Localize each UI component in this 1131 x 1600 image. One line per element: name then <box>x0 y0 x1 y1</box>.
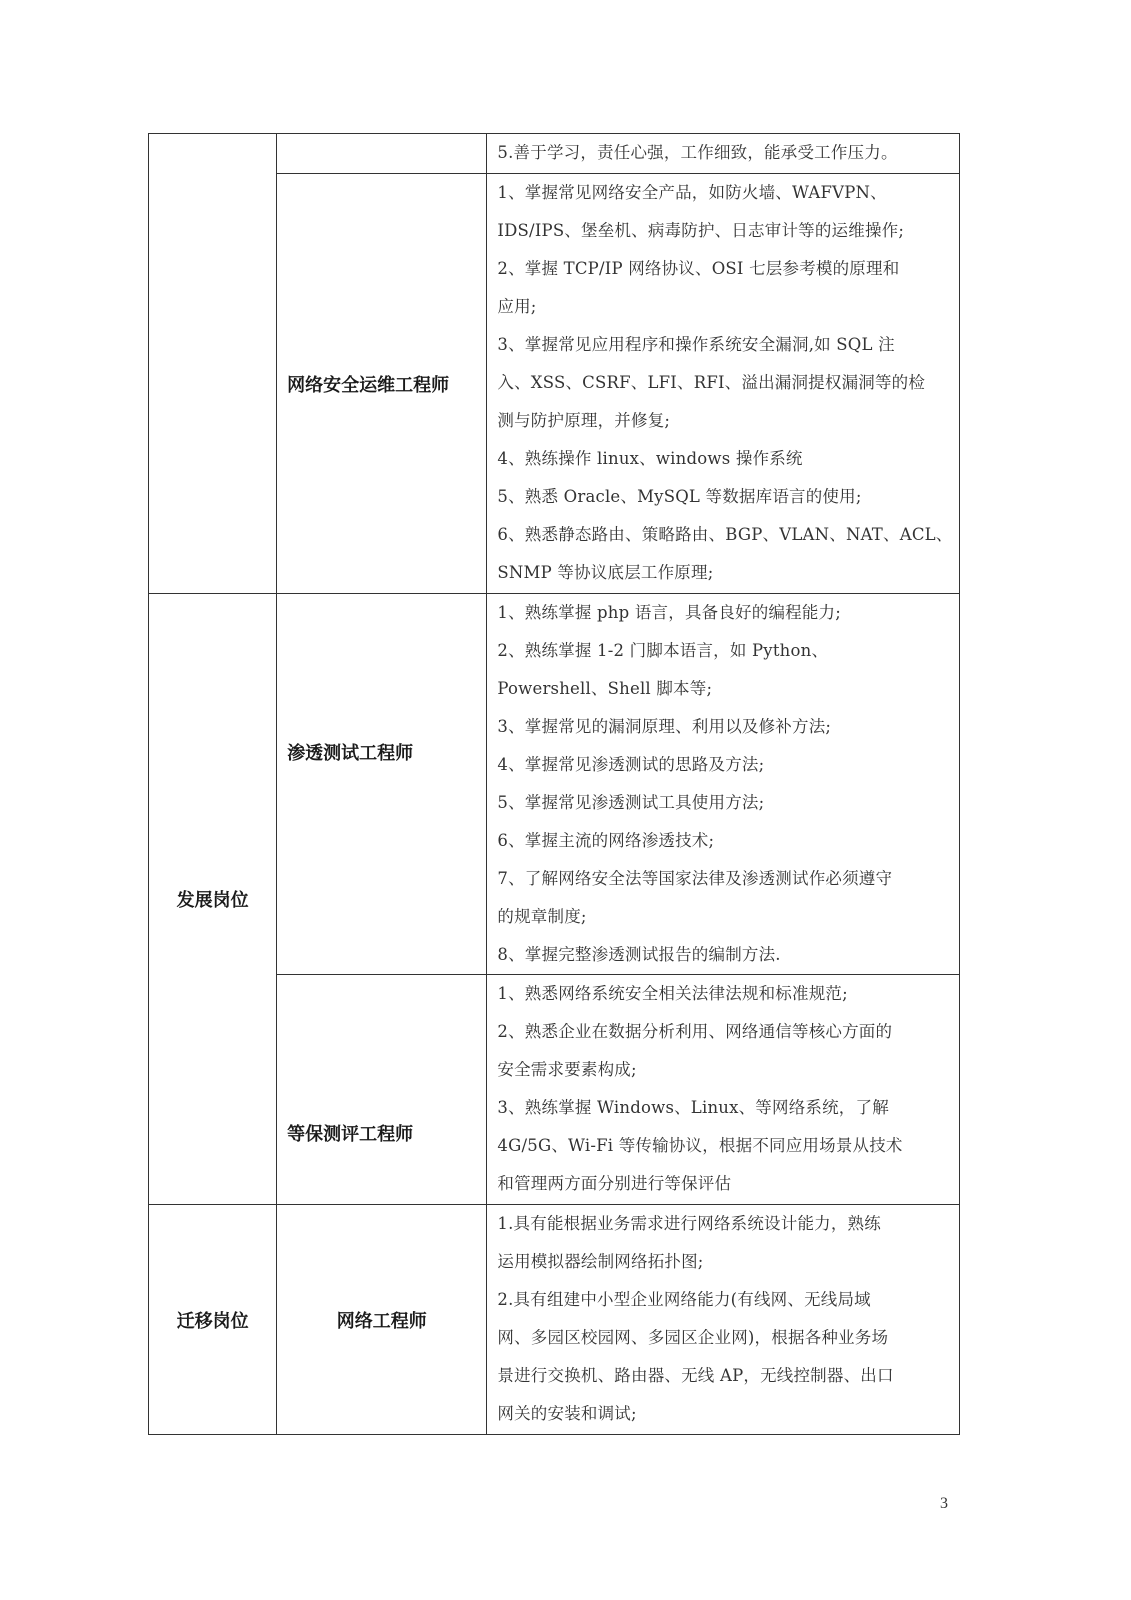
requirement-line: 6、熟悉静态路由、策略路由、BGP、VLAN、NAT、ACL、 <box>497 516 951 554</box>
requirement-line: 2、熟悉企业在数据分析利用、网络通信等核心方面的 <box>497 1013 951 1051</box>
role-label: 网络安全运维工程师 <box>287 375 449 396</box>
role-cell: 渗透测试工程师 <box>277 594 487 975</box>
requirement-line: 3、掌握常见应用程序和操作系统安全漏洞,如 SQL 注 <box>497 326 951 364</box>
requirement-line: IDS/IPS、堡垒机、病毒防护、日志审计等的运维操作; <box>497 212 951 250</box>
category-cell <box>149 134 277 594</box>
requirement-line: 景进行交换机、路由器、无线 AP，无线控制器、出口 <box>497 1357 951 1395</box>
requirements-cell: 5.善于学习，责任心强，工作细致，能承受工作压力。 <box>487 134 960 174</box>
table-row: 5.善于学习，责任心强，工作细致，能承受工作压力。 <box>149 134 960 174</box>
requirement-line: 5、熟悉 Oracle、MySQL 等数据库语言的使用; <box>497 478 951 516</box>
requirement-line: 和管理两方面分别进行等保评估 <box>497 1165 951 1203</box>
requirement-line: 网关的安装和调试; <box>497 1395 951 1433</box>
category-label: 发展岗位 <box>177 890 249 911</box>
requirement-line: 2、掌握 TCP/IP 网络协议、OSI 七层参考模的原理和 <box>497 250 951 288</box>
requirement-line: 1、熟练掌握 php 语言，具备良好的编程能力; <box>497 594 951 632</box>
requirement-line: 8、掌握完整渗透测试报告的编制方法. <box>497 936 951 974</box>
requirement-line: 3、掌握常见的漏洞原理、利用以及修补方法; <box>497 708 951 746</box>
requirement-line: 入、XSS、CSRF、LFI、RFI、溢出漏洞提权漏洞等的检 <box>497 364 951 402</box>
requirement-line: SNMP 等协议底层工作原理; <box>497 554 951 592</box>
role-label: 渗透测试工程师 <box>287 743 413 764</box>
requirement-line: 2.具有组建中小型企业网络能力(有线网、无线局域 <box>497 1281 951 1319</box>
table-row: 发展岗位 渗透测试工程师 1、熟练掌握 php 语言，具备良好的编程能力; 2、… <box>149 594 960 975</box>
requirement-line: 6、掌握主流的网络渗透技术; <box>497 822 951 860</box>
table-row: 迁移岗位 网络工程师 1.具有能根据业务需求进行网络系统设计能力，熟练 运用模拟… <box>149 1205 960 1435</box>
requirement-line: 5、掌握常见渗透测试工具使用方法; <box>497 784 951 822</box>
role-label: 网络工程师 <box>337 1311 427 1332</box>
requirement-line: 1.具有能根据业务需求进行网络系统设计能力，熟练 <box>497 1205 951 1243</box>
page-number: 3 <box>940 1495 948 1513</box>
requirement-line: 7、了解网络安全法等国家法律及渗透测试作必须遵守 <box>497 860 951 898</box>
requirement-line: 5.善于学习，责任心强，工作细致，能承受工作压力。 <box>497 134 951 172</box>
role-cell: 网络安全运维工程师 <box>277 174 487 594</box>
requirement-line: 网、多园区校园网、多园区企业网)，根据各种业务场 <box>497 1319 951 1357</box>
requirements-cell: 1、熟悉网络系统安全相关法律法规和标准规范; 2、熟悉企业在数据分析利用、网络通… <box>487 975 960 1205</box>
role-cell <box>277 134 487 174</box>
category-label: 迁移岗位 <box>177 1311 249 1332</box>
requirement-line: 的规章制度; <box>497 898 951 936</box>
requirement-line: 4G/5G、Wi-Fi 等传输协议，根据不同应用场景从技术 <box>497 1127 951 1165</box>
requirements-cell: 1、掌握常见网络安全产品，如防火墙、WAFVPN、 IDS/IPS、堡垒机、病毒… <box>487 174 960 594</box>
requirement-line: 1、掌握常见网络安全产品，如防火墙、WAFVPN、 <box>497 174 951 212</box>
requirement-line: 4、掌握常见渗透测试的思路及方法; <box>497 746 951 784</box>
role-cell: 等保测评工程师 <box>277 975 487 1205</box>
requirements-cell: 1.具有能根据业务需求进行网络系统设计能力，熟练 运用模拟器绘制网络拓扑图; 2… <box>487 1205 960 1435</box>
requirement-line: 应用; <box>497 288 951 326</box>
requirement-line: 运用模拟器绘制网络拓扑图; <box>497 1243 951 1281</box>
requirement-line: 测与防护原理，并修复; <box>497 402 951 440</box>
requirement-line: 3、熟练掌握 Windows、Linux、等网络系统，了解 <box>497 1089 951 1127</box>
requirement-line: Powershell、Shell 脚本等; <box>497 670 951 708</box>
requirements-cell: 1、熟练掌握 php 语言，具备良好的编程能力; 2、熟练掌握 1-2 门脚本语… <box>487 594 960 975</box>
requirement-line: 4、熟练操作 linux、windows 操作系统 <box>497 440 951 478</box>
requirement-line: 2、熟练掌握 1-2 门脚本语言，如 Python、 <box>497 632 951 670</box>
role-cell: 网络工程师 <box>277 1205 487 1435</box>
category-cell: 发展岗位 <box>149 594 277 1205</box>
requirement-line: 1、熟悉网络系统安全相关法律法规和标准规范; <box>497 975 951 1013</box>
job-requirements-table: 5.善于学习，责任心强，工作细致，能承受工作压力。 网络安全运维工程师 1、掌握… <box>148 133 960 1435</box>
role-label: 等保测评工程师 <box>287 1124 413 1145</box>
category-cell: 迁移岗位 <box>149 1205 277 1435</box>
requirement-line: 安全需求要素构成; <box>497 1051 951 1089</box>
